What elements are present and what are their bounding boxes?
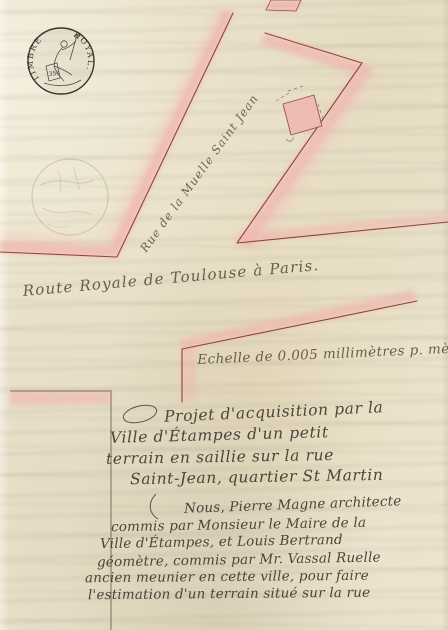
timbre-royal-stamp: TIMBRE ROYAL. 35c [26,28,96,94]
embossed-stamp [32,159,108,235]
scanned-document-page: TIMBRE ROYAL. 35c [0,0,448,630]
manuscript-line: l'estimation d'un terrain situé sur la r… [88,585,370,603]
manuscript-line: ancien meunier en cette ville, pour fair… [85,568,369,586]
